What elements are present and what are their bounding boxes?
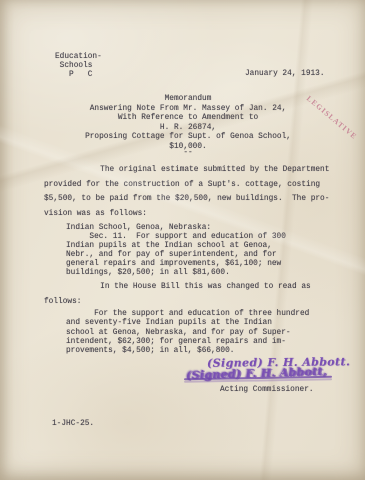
text-line: Indian School, Genoa, Nebraska: [66,224,286,233]
text-line: $5,500, to be paid from the $20,500, new… [44,192,329,207]
text-line: The original estimate submitted by the D… [44,163,329,178]
date-line: January 24, 1913. [245,70,325,78]
text-line: Education- [55,53,102,62]
house-bill-quote-block: For the support and education of three h… [66,310,309,356]
text-line: Memorandum [38,95,338,105]
heading-divider: -- [38,149,338,157]
paragraph-house-bill: In the House Bill this was changed to re… [44,280,311,309]
text-line: intendent, $62,300; for general repairs … [66,338,309,347]
signature-title: Acting Commissioner. [220,386,314,394]
text-line: vision was as follows: [44,207,329,222]
text-line: and seventy-five Indian pupils at the In… [66,319,309,328]
text-line: In the House Bill this was changed to re… [44,280,311,295]
file-classification-note: Education- Schools P C [55,53,102,81]
text-line: buildings, $20,500; in all $81,600. [66,269,286,278]
text-line: For the support and education of three h… [66,310,309,319]
footer-reference-code: 1-JHC-25. [52,420,94,428]
text-line: follows: [44,295,311,310]
text-line: school at Genoa, Nebraska, and for pay o… [66,329,309,338]
paragraph-original-estimate: The original estimate submitted by the D… [44,163,329,221]
provision-quote-block: Indian School, Genoa, Nebraska: Sec. 11.… [66,224,286,277]
text-line: H. R. 26874, [38,124,338,134]
text-line: Nebr., and for pay of superintendent, an… [66,251,286,260]
text-line: Answering Note From Mr. Massey of Jan. 2… [38,105,338,115]
text-line: provided for the construction of a Supt'… [44,178,329,193]
text-line: Indian pupils at the Indian school at Ge… [66,242,286,251]
text-line: Sec. 11. For support and education of 30… [66,233,286,242]
text-line: With Reference to Amendment to [38,114,338,124]
text-line: Proposing Cottage for Supt. of Genoa Sch… [38,133,338,143]
text-line: P C [55,71,102,80]
memo-document-page: Education- Schools P C January 24, 1913.… [0,0,365,480]
text-line: general repairs and improvements, $61,10… [66,260,286,269]
memo-heading: MemorandumAnswering Note From Mr. Massey… [38,95,338,153]
